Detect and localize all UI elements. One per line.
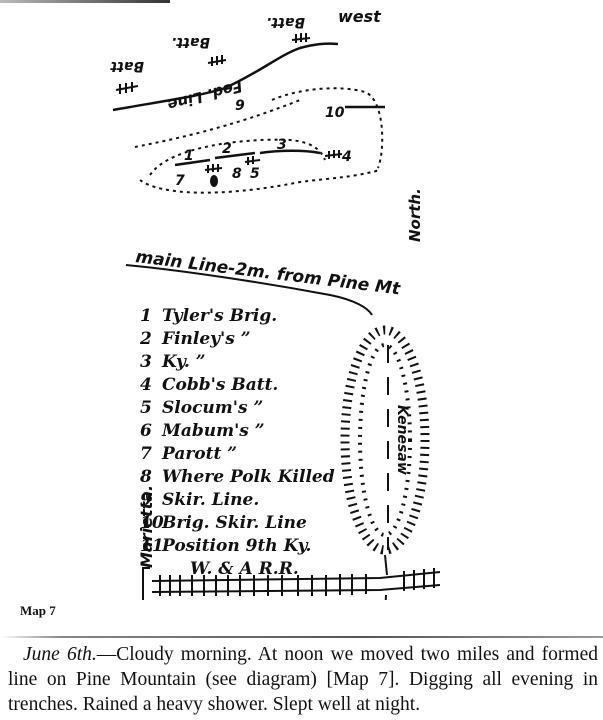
legend-item: 8Where Polk Killed — [140, 466, 335, 489]
legend-item: 2Finley's ” — [140, 328, 335, 351]
page-rule — [0, 636, 603, 638]
position-4: 4 — [341, 149, 352, 165]
legend-item: 3Ky. ” — [140, 351, 335, 374]
position-9: 9 — [235, 98, 245, 114]
battery-label: Batt. — [171, 34, 210, 50]
legend-item: 1Tyler's Brig. — [140, 305, 335, 328]
entry-text: —Cloudy morning. At noon we moved two mi… — [8, 644, 598, 715]
map-legend: 1Tyler's Brig. 2Finley's ” 3Ky. ” 4Cobb'… — [140, 305, 335, 581]
legend-item-railroad: W. & A R.R. — [140, 558, 335, 581]
legend-number: 5 — [140, 397, 162, 420]
north-label: North. — [406, 188, 424, 242]
position-3: 3 — [277, 137, 287, 153]
legend-number: 4 — [140, 374, 162, 397]
legend-item: 9Skir. Line. — [140, 489, 335, 512]
legend-item: 7Parott ” — [140, 443, 335, 466]
position-8: 8 — [232, 166, 242, 182]
battery-label: Batt — [109, 58, 144, 74]
legend-number: 8 — [140, 466, 162, 489]
legend-text: Where Polk Killed — [162, 467, 335, 487]
legend-number: 9 — [140, 489, 162, 512]
legend-number: 1 — [140, 305, 162, 328]
legend-text: Cobb's Batt. — [162, 375, 278, 395]
fed-line-label: Fed. Line — [166, 77, 245, 114]
upper-lines — [175, 107, 385, 165]
legend-text: Parott ” — [162, 444, 237, 464]
legend-item: 10Brig. Skir. Line — [140, 512, 335, 535]
diary-entry: June 6th.—Cloudy morning. At noon we mov… — [8, 642, 598, 717]
legend-number: 10 — [140, 512, 162, 535]
legend-number: 6 — [140, 420, 162, 443]
legend-text: Mabum's ” — [162, 421, 265, 441]
legend-number: 11 — [140, 535, 162, 558]
legend-number: 2 — [140, 328, 162, 351]
position-5: 5 — [250, 166, 260, 182]
legend-text: Ky. ” — [162, 352, 206, 372]
legend-text: Slocum's ” — [162, 398, 263, 418]
legend-text: Skir. Line. — [162, 490, 259, 510]
position-1: 1 — [184, 148, 194, 164]
west-label: west — [338, 7, 382, 26]
legend-number: 7 — [140, 443, 162, 466]
position-numbers: 1 2 3 4 5 7 8 9 10 — [175, 98, 352, 189]
battery-label: Batt. — [266, 14, 305, 30]
figure-label: Map 7 — [20, 603, 56, 619]
legend-text: Position 9th Ky. — [162, 536, 311, 556]
legend-number: 3 — [140, 351, 162, 374]
entry-date: June 6th. — [23, 644, 97, 665]
position-10: 10 — [325, 105, 345, 121]
kenesaw-label: Kenesaw — [394, 405, 410, 475]
polk-killed-marker — [210, 175, 218, 187]
legend-text: W. & A R.R. — [190, 559, 299, 579]
legend-item: 4Cobb's Batt. — [140, 374, 335, 397]
position-2: 2 — [222, 141, 232, 157]
legend-item: 11Position 9th Ky. — [140, 535, 335, 558]
position-7: 7 — [175, 173, 185, 189]
legend-item: 5Slocum's ” — [140, 397, 335, 420]
legend-text: Finley's ” — [162, 329, 251, 349]
legend-item: 6Mabum's ” — [140, 420, 335, 443]
legend-text: Brig. Skir. Line — [162, 513, 307, 533]
legend-text: Tyler's Brig. — [162, 306, 277, 326]
kenesaw-mountain — [345, 330, 425, 550]
main-line-label: main Line-2m. from Pine Mt — [134, 247, 402, 299]
